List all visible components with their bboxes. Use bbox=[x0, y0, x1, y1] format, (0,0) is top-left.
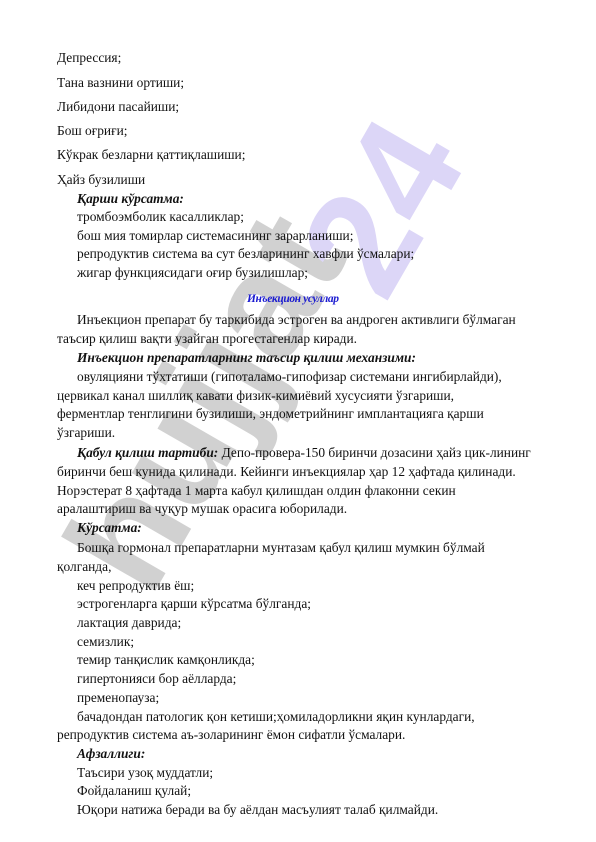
watermark-number-24: 24 bbox=[267, 92, 496, 321]
list-item: Либидони пасайиши; bbox=[57, 99, 179, 115]
paragraph-line: ферментлар тенглигини бузилиши, эндометр… bbox=[57, 406, 484, 422]
paragraph-line: цервикал канал шиллиқ кавати физик-кимиё… bbox=[57, 388, 454, 404]
list-item: пременопауза; bbox=[77, 690, 159, 706]
paragraph-line: репродуктив система аъ-золарининг ёмон с… bbox=[57, 727, 405, 743]
list-item: гипертонияси бор аёлларда; bbox=[77, 671, 236, 687]
admin-title: Қабул қилиш тартиби: bbox=[77, 445, 218, 460]
svg-text:24: 24 bbox=[267, 92, 496, 321]
paragraph-line: бачадондан патологик қон кетиши;ҳомиладо… bbox=[77, 709, 475, 725]
section-heading: Инъекцион усуллар bbox=[247, 291, 339, 307]
list-item: бош мия томирлар системасининг зарарлани… bbox=[77, 228, 353, 244]
list-item: Тана вазнини ортиши; bbox=[57, 75, 184, 91]
list-item: Юқори натижа беради ва бу аёлдан масъули… bbox=[77, 802, 438, 818]
paragraph-line: биринчи беш кунида қилинади. Кейинги инъ… bbox=[57, 464, 516, 480]
advantages-title: Афзаллиги: bbox=[77, 746, 145, 762]
paragraph-line: аралаштириш ва чуқур мушак орасига юбори… bbox=[57, 501, 347, 517]
list-item: эстрогенларга қарши кўрсатма бўлганда; bbox=[77, 596, 311, 612]
list-item: Фойдаланиш қулай; bbox=[77, 783, 191, 799]
paragraph-line: Инъекцион препарат бу таркибида эстроген… bbox=[77, 312, 516, 328]
paragraph-line: Норэстерат 8 ҳафтада 1 марта кабул қилиш… bbox=[57, 483, 456, 499]
list-item: лактация даврида; bbox=[77, 615, 181, 631]
list-item: темир танқислик камқонликда; bbox=[77, 652, 255, 668]
admin-paragraph-line: Қабул қилиш тартиби: Депо-провера-150 би… bbox=[77, 445, 531, 461]
indications-title: Кўрсатма: bbox=[77, 520, 142, 536]
list-item: Ҳайз бузилиши bbox=[57, 172, 145, 188]
contraindications-title: Қарши кўрсатма: bbox=[77, 191, 184, 207]
paragraph-line: қолганда, bbox=[57, 559, 111, 575]
list-item: семизлик; bbox=[77, 634, 134, 650]
list-item: тромбоэмболик касалликлар; bbox=[77, 209, 244, 225]
list-item: жигар функциясидаги оғир бузилишлар; bbox=[77, 265, 308, 281]
list-item: репродуктив система ва сут безларининг х… bbox=[77, 246, 414, 262]
paragraph-text: Депо-провера-150 биринчи дозасини ҳайз ц… bbox=[218, 445, 531, 460]
list-item: Бош оғриғи; bbox=[57, 123, 127, 139]
list-item: кеч репродуктив ёш; bbox=[77, 578, 194, 594]
mechanism-title: Инъекцион препаратларнинг таъсир қилиш м… bbox=[77, 350, 416, 366]
paragraph-line: таъсир қилиш вақти узайган прогестагенла… bbox=[57, 331, 357, 347]
list-item: Депрессия; bbox=[57, 50, 121, 66]
paragraph-line: Бошқа гормонал препаратларни мунтазам қа… bbox=[77, 540, 485, 556]
document-page: hujjat 24 Депрессия; Тана вазнини ортиши… bbox=[0, 0, 596, 842]
paragraph-line: овуляцияни тўхтатиши (гипоталамо-гипофиз… bbox=[77, 369, 502, 385]
paragraph-line: ўзгариши. bbox=[57, 425, 115, 441]
list-item: Кўкрак безларни қаттиқлашиши; bbox=[57, 147, 245, 163]
list-item: Таъсири узоқ муддатли; bbox=[77, 765, 213, 781]
